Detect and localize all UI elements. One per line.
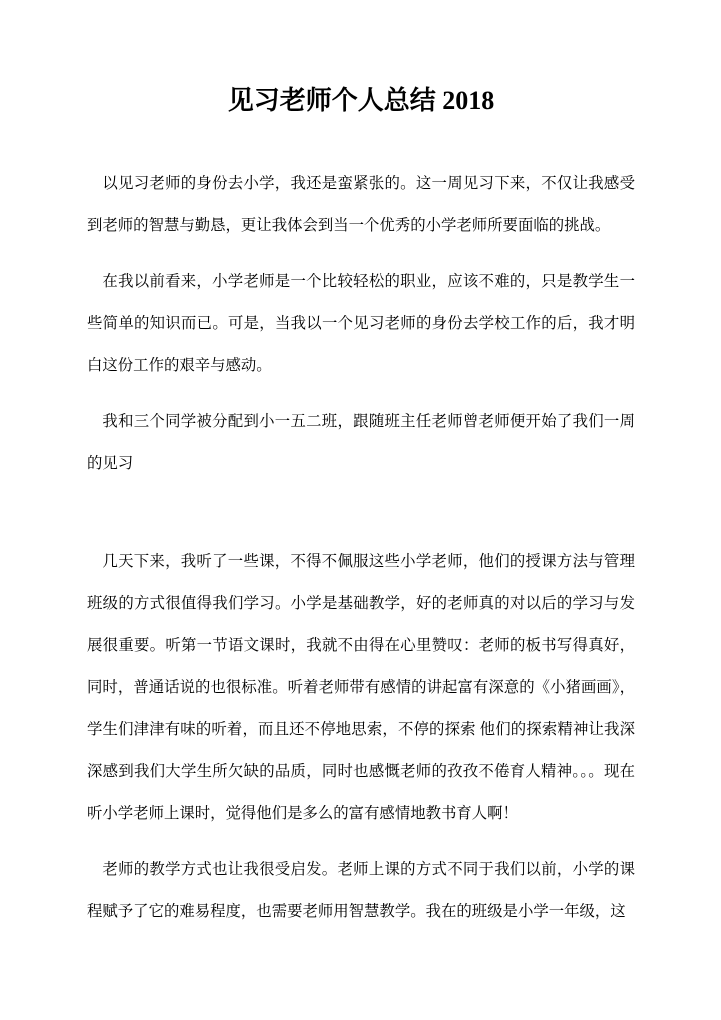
document-page: 见习老师个人总结 2018 以见习老师的身份去小学，我还是蛮紧张的。这一周见习下… — [0, 0, 721, 1020]
document-title: 见习老师个人总结 2018 — [87, 84, 635, 118]
paragraph-previous-view: 在我以前看来，小学老师是一个比较轻松的职业，应该不难的，只是教学生一些简单的知识… — [87, 261, 635, 387]
paragraph-teaching-style: 老师的教学方式也让我很受启发。老师上课的方式不同于我们以前，小学的课程赋予了它的… — [87, 849, 635, 933]
paragraph-lesson-observation: 几天下来，我听了一些课，不得不佩服这些小学老师，他们的授课方法与管理班级的方式很… — [87, 541, 635, 835]
paragraph-intro: 以见习老师的身份去小学，我还是蛮紧张的。这一周见习下来，不仅让我感受到老师的智慧… — [87, 163, 635, 247]
blank-line — [87, 499, 635, 541]
paragraph-class-assignment: 我和三个同学被分配到小一五二班，跟随班主任老师曾老师便开始了我们一周的见习 — [87, 401, 635, 485]
